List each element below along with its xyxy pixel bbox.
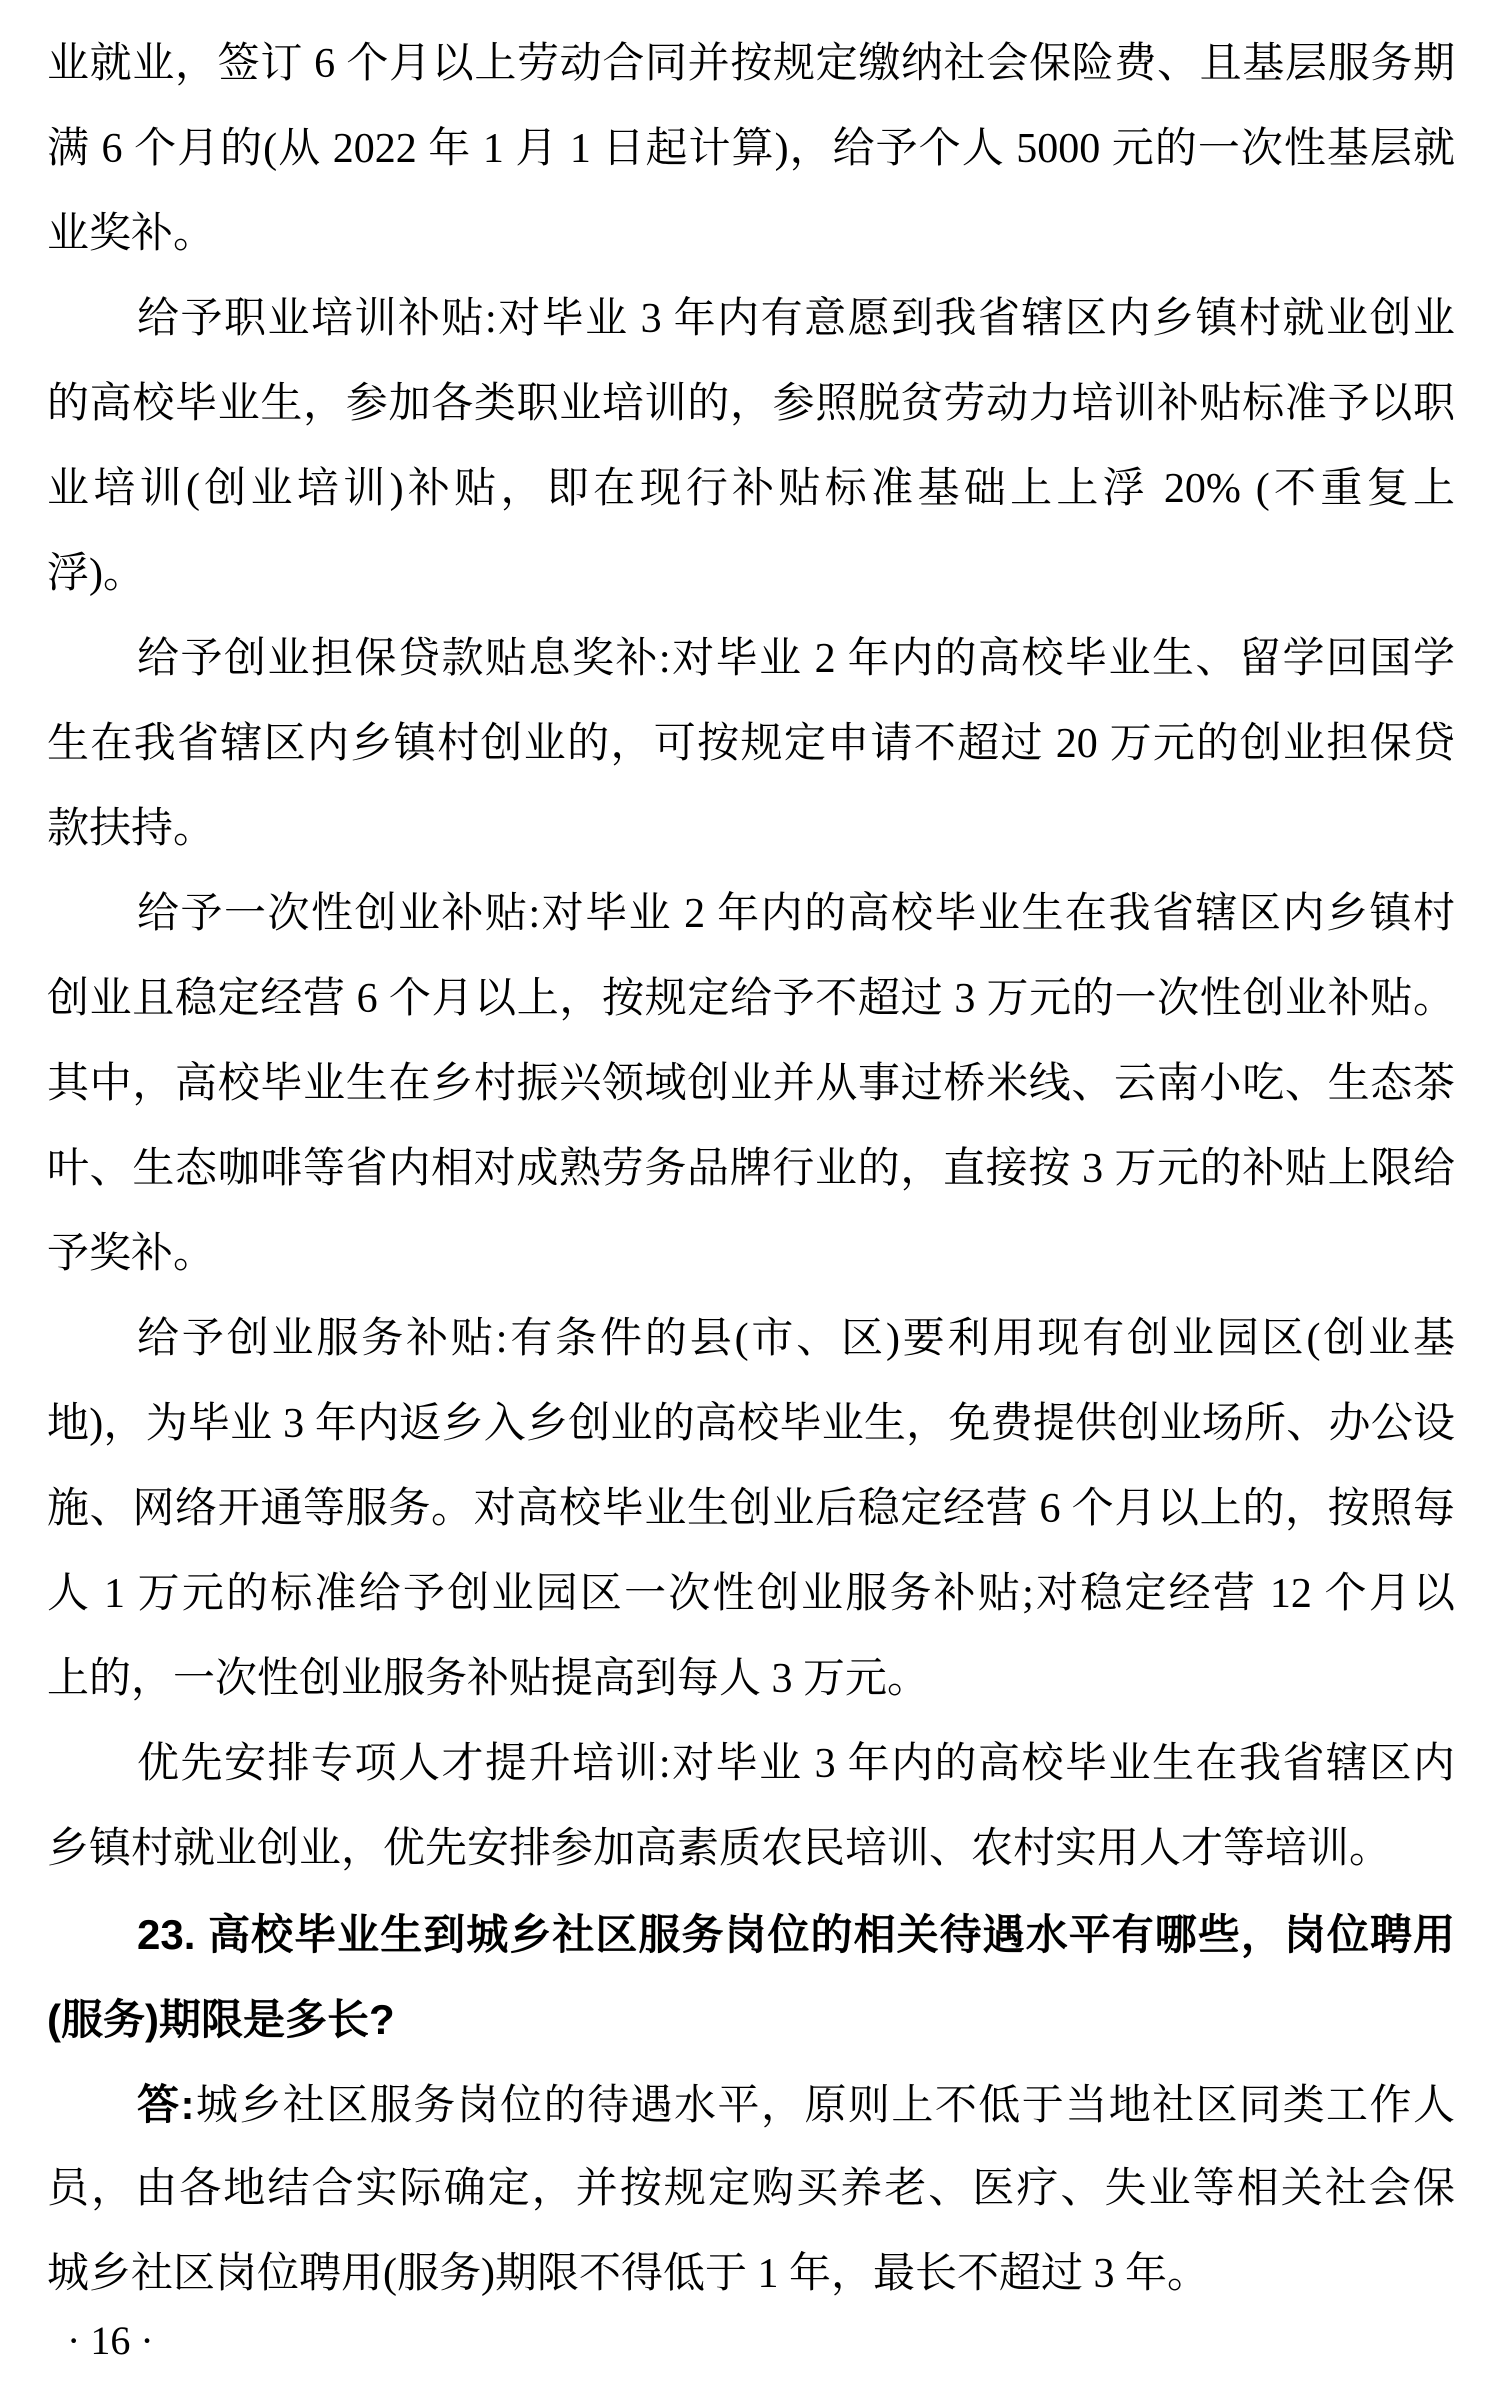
text-line: 业培训(创业培训)补贴，即在现行补贴标准基础上上浮 20% (不重复上: [47, 447, 1455, 532]
text-line: 地)，为毕业 3 年内返乡入乡创业的高校毕业生，免费提供创业场所、办公设: [47, 1382, 1455, 1467]
answer-label: 答:: [137, 2081, 194, 2128]
question-heading-line: 23. 高校毕业生到城乡社区服务岗位的相关待遇水平有哪些，岗位聘用: [47, 1892, 1455, 1977]
text-line: 的高校毕业生，参加各类职业培训的，参照脱贫劳动力培训补贴标准予以职: [47, 362, 1455, 447]
text-line: 给予创业担保贷款贴息奖补:对毕业 2 年内的高校毕业生、留学回国学: [47, 617, 1455, 702]
document-page: 业就业，签订 6 个月以上劳动合同并按规定缴纳社会保险费、且基层服务期满 6 个…: [0, 0, 1499, 2395]
text-line: 业就业，签订 6 个月以上劳动合同并按规定缴纳社会保险费、且基层服务期: [47, 22, 1455, 107]
document-body: 业就业，签订 6 个月以上劳动合同并按规定缴纳社会保险费、且基层服务期满 6 个…: [47, 22, 1455, 2317]
text-line: 城乡社区岗位聘用(服务)期限不得低于 1 年，最长不超过 3 年。: [47, 2232, 1455, 2317]
text-line: 优先安排专项人才提升培训:对毕业 3 年内的高校毕业生在我省辖区内: [47, 1722, 1455, 1807]
text-line: 上的，一次性创业服务补贴提高到每人 3 万元。: [47, 1637, 1455, 1722]
text-line: 业奖补。: [47, 192, 1455, 277]
text-line: 浮)。: [47, 532, 1455, 617]
text-line: 员，由各地结合实际确定，并按规定购买养老、医疗、失业等相关社会保险。: [47, 2147, 1455, 2232]
question-heading-line: (服务)期限是多长?: [47, 1977, 1455, 2062]
text-line: 叶、生态咖啡等省内相对成熟劳务品牌行业的，直接按 3 万元的补贴上限给: [47, 1127, 1455, 1212]
text-line: 给予职业培训补贴:对毕业 3 年内有意愿到我省辖区内乡镇村就业创业: [47, 277, 1455, 362]
page-number: · 16 ·: [47, 2313, 1455, 2369]
text-line: 创业且稳定经营 6 个月以上，按规定给予不超过 3 万元的一次性创业补贴。: [47, 957, 1455, 1042]
text-line: 其中，高校毕业生在乡村振兴领域创业并从事过桥米线、云南小吃、生态茶: [47, 1042, 1455, 1127]
text-line: 施、网络开通等服务。对高校毕业生创业后稳定经营 6 个月以上的，按照每: [47, 1467, 1455, 1552]
text-line: 满 6 个月的(从 2022 年 1 月 1 日起计算)，给予个人 5000 元…: [47, 107, 1455, 192]
text-line: 答:城乡社区服务岗位的待遇水平，原则上不低于当地社区同类工作人: [47, 2062, 1455, 2147]
text-line: 予奖补。: [47, 1212, 1455, 1297]
text-line: 乡镇村就业创业，优先安排参加高素质农民培训、农村实用人才等培训。: [47, 1807, 1455, 1892]
text-line: 给予一次性创业补贴:对毕业 2 年内的高校毕业生在我省辖区内乡镇村: [47, 872, 1455, 957]
text-line: 人 1 万元的标准给予创业园区一次性创业服务补贴;对稳定经营 12 个月以: [47, 1552, 1455, 1637]
text-line: 款扶持。: [47, 787, 1455, 872]
text-line: 生在我省辖区内乡镇村创业的，可按规定申请不超过 20 万元的创业担保贷: [47, 702, 1455, 787]
text-line: 给予创业服务补贴:有条件的县(市、区)要利用现有创业园区(创业基: [47, 1297, 1455, 1382]
